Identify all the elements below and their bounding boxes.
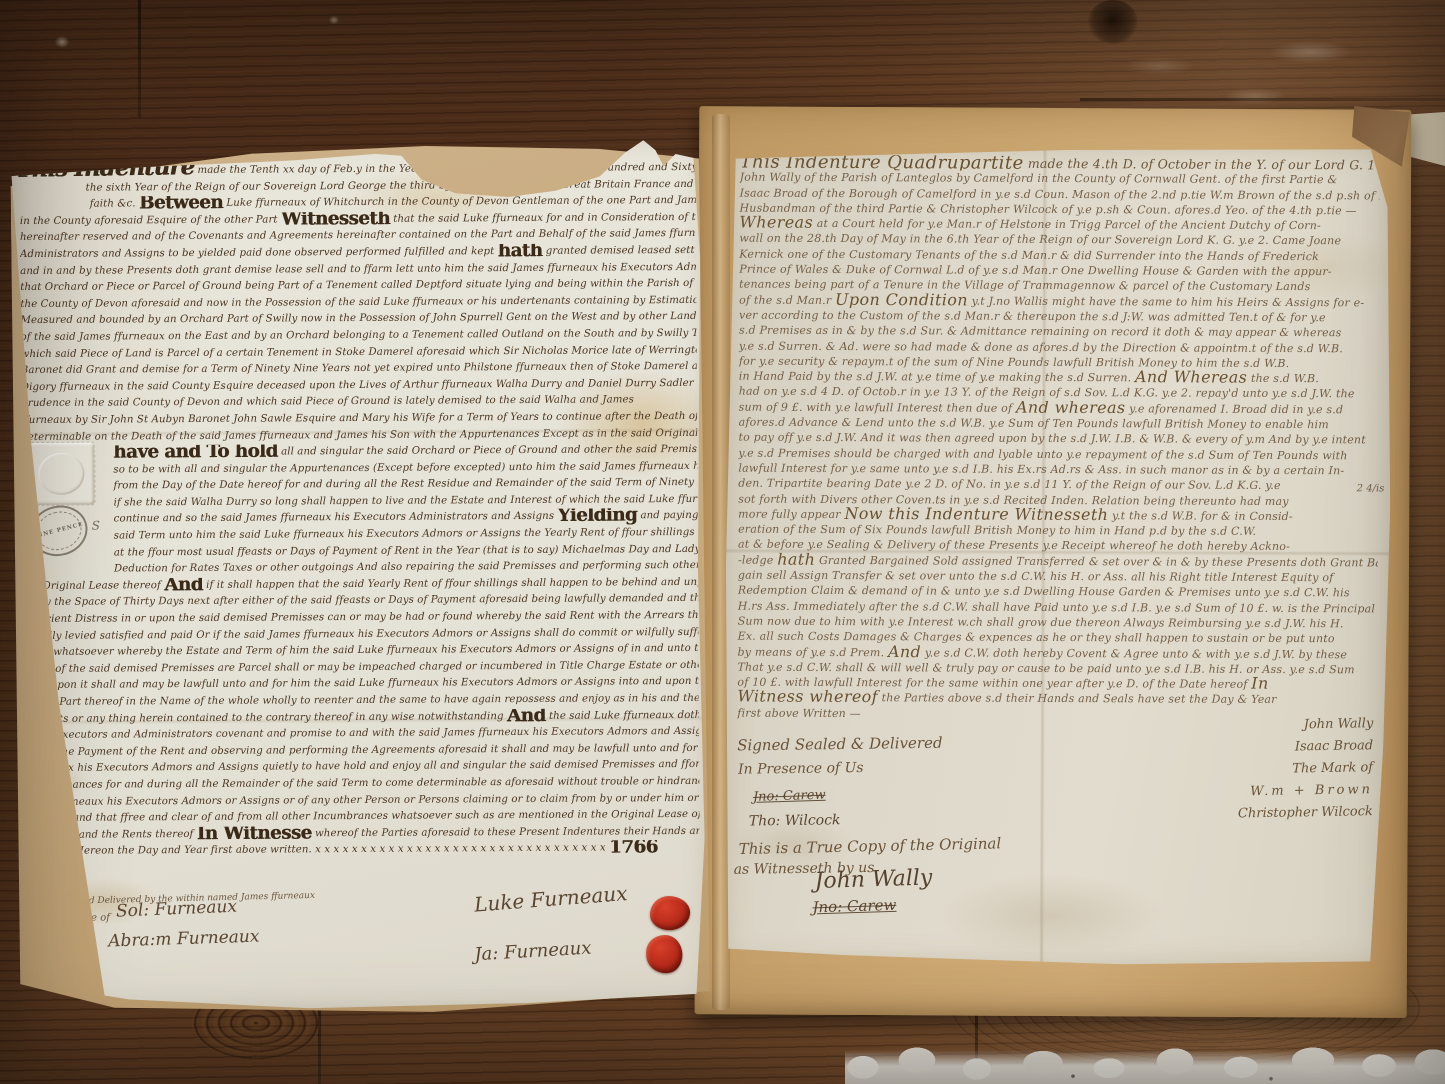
right-indenture-document: This Indenture Quadrupartite made the 4.…: [722, 145, 1394, 968]
red-wax-seal: [646, 935, 682, 973]
photo-of-indenture-documents: This Indenture made the Tenth xx day of …: [0, 0, 1445, 1084]
witness-signature-struck: Jno: Carew: [753, 788, 826, 805]
manuscript-line: have sett Hereon the Day and Year first …: [24, 840, 700, 861]
closing-line: In Presence of Us: [738, 760, 864, 778]
stamp-letter: S: [92, 520, 100, 532]
plank-seam: [138, 0, 141, 118]
left-document-text: made the Tenth xx day of Feb.y in the Ye…: [19, 160, 699, 861]
true-copy-signature: John Wally: [814, 865, 932, 894]
true-copy-signature-struck: Jno: Carew: [812, 896, 896, 917]
party-signature: Luke Furneaux: [473, 881, 628, 917]
witness-signature: Tho: Wilcock: [749, 812, 841, 829]
party-signature: Ja: Furneaux: [474, 938, 592, 966]
embossed-duty-stamp: [27, 442, 95, 506]
witness-signature: Abra:m Furneaux: [108, 927, 260, 952]
witness-signature: Sol: Furneaux: [116, 897, 238, 922]
plank-seam: [1080, 98, 1445, 101]
left-indenture-document: This Indenture made the Tenth xx day of …: [3, 138, 708, 1014]
red-wax-seal: [650, 896, 690, 930]
right-document-text: This Indenture Quadrupartite made the 4.…: [737, 155, 1379, 724]
sheepskin-rug-fringe: [845, 1040, 1445, 1084]
party-signatures: John WallyIsaac BroadThe Mark ofW.m + Br…: [1163, 714, 1373, 825]
closing-line: Signed Sealed & Delivered: [737, 734, 943, 755]
wood-knot: [1088, 0, 1138, 44]
marginal-note: 2 4/is: [1357, 483, 1385, 495]
true-copy-line: This is a True Copy of the Original: [739, 834, 1002, 858]
manuscript-line: Christopher Wilcock: [1163, 801, 1373, 826]
